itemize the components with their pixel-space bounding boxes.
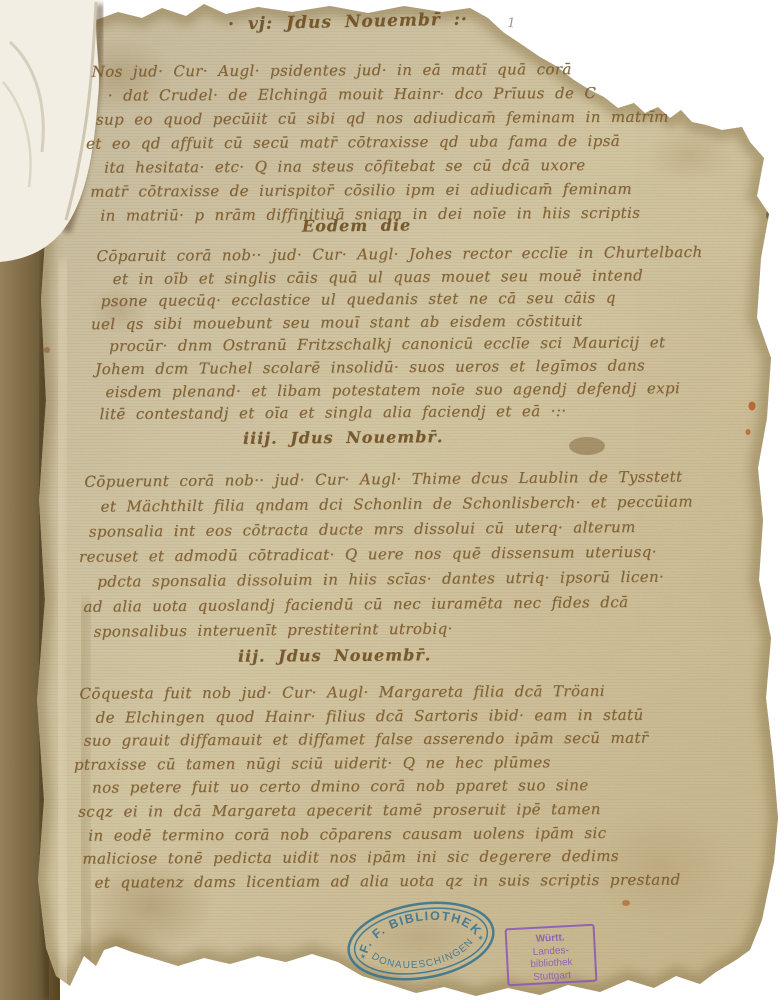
rect-library-stamp: Württ. Landes- bibliothek Stuttgart	[505, 924, 598, 987]
parchment-art: F. F. BIBLIOTHEK DONAUESCHINGEN ✶ ✶	[0, 0, 784, 1000]
stain	[76, 915, 160, 975]
stamp-star-icon: ✶	[359, 952, 367, 962]
stain	[569, 437, 605, 455]
rust-spot	[749, 402, 756, 411]
rust-spot	[622, 900, 630, 906]
stain	[88, 286, 148, 334]
stain	[585, 805, 735, 925]
stamp-star-icon: ✶	[477, 933, 485, 943]
manuscript-page: F. F. BIBLIOTHEK DONAUESCHINGEN ✶ ✶ · vj…	[0, 0, 784, 1000]
stain	[645, 127, 735, 183]
rust-spot	[746, 429, 751, 435]
